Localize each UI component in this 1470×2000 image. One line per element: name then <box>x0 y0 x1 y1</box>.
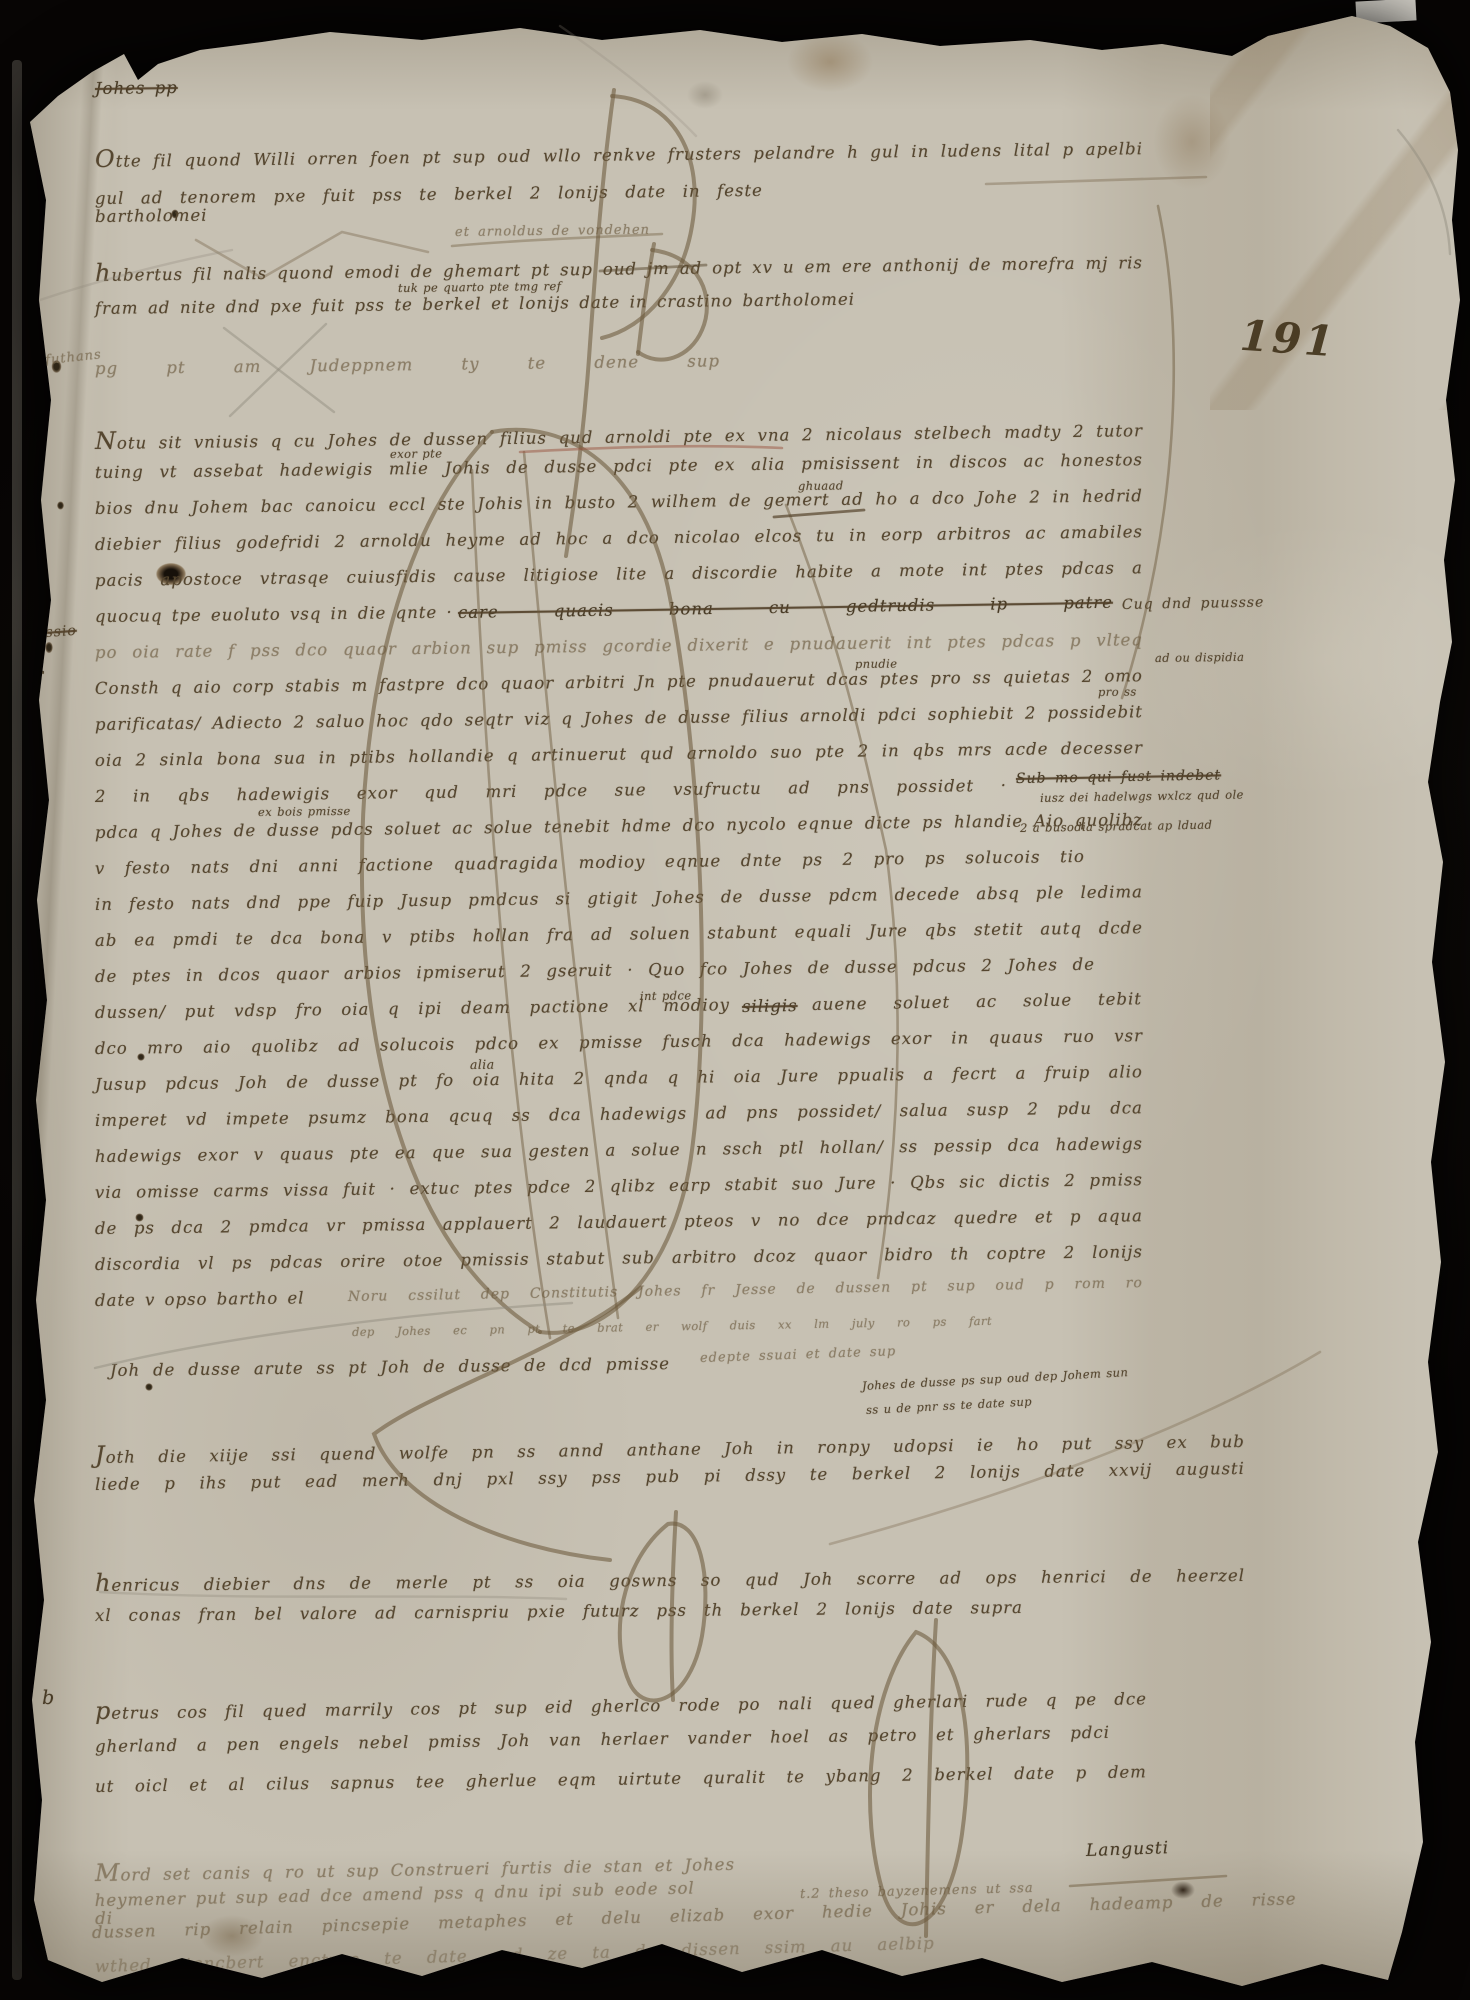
main-line-13: v festo nats dni anni factione quadragid… <box>95 848 1085 878</box>
entry-dusse-right: edepte ssuai et date sup <box>700 1345 897 1366</box>
main-line-5: pacis apostoce vtrasqe cuiusfidis cause … <box>95 559 1143 590</box>
main-line-17a: dussen/ put vdsp fro oia q ipi deam pact… <box>95 996 730 1022</box>
interlinear-6: iusz dei hadelwgs wxlcz qud ole <box>1040 788 1244 804</box>
main-line-6-struck: care quacis bona cu gedtrudis ip patre <box>458 594 1113 622</box>
main-line-19: Jusup pdcus Joh de dusse pt fo oia hita … <box>95 1063 1143 1094</box>
entry-otto-line-1: Otte fil quond Willi orren foen pt sup o… <box>95 133 1143 172</box>
entry-dusse-side-2: ss u de pnr ss te date sup <box>866 1395 1033 1416</box>
main-line-20: imperet vd impete psumz bona qcuq ss dca… <box>95 1099 1143 1130</box>
entry-petrus-line-3: ut oicl et al cilus sapnus tee gherlue e… <box>95 1763 1147 1796</box>
interlinear-2: ghuaad <box>798 479 844 492</box>
entry-mord-line-4: wthed stencbert encture te date sed ze t… <box>95 1935 935 1977</box>
entry-hubertus-line-2: fram ad nite dnd pxe fuit pss te berkel … <box>95 291 855 318</box>
main-line-16: de ptes in dcos quaor arbios ipmiserut 2… <box>95 956 1095 986</box>
main-line-4: diebier filius godefridi 2 arnoldu heyme… <box>95 523 1143 554</box>
main-line-11-struck: Sub mo qui fust indebet <box>1016 768 1221 787</box>
folio-number: 191 <box>1238 311 1338 367</box>
margin-struck-word: pmissio <box>15 624 77 644</box>
entry-petrus-line-1: petrus cos fil qued marrily cos pt sup e… <box>95 1683 1147 1724</box>
entry-henricus-line-1: henricus diebier dns de merle pt ss oia … <box>95 1560 1245 1596</box>
manuscript-page: Johes pp Otte fil quond Willi orren foen… <box>0 0 1470 2000</box>
margin-entry-text: pg pt am Judeppnem ty te dene sup <box>95 352 720 378</box>
main-line-15: ab ea pmdi te dca bona v ptibs hollan fr… <box>95 919 1143 950</box>
interlinear-5: ex bois pmisse <box>258 805 351 819</box>
main-subscript: dep Johes ec pn pt te brat er wolf duis … <box>352 1315 992 1339</box>
main-line-9: parificatas/ Adiecto 2 saluo hoc qdo seq… <box>95 703 1143 734</box>
interlinear-8: int pdce <box>640 989 692 1002</box>
entry-petrus-line-2: gherland a pen engels nebel pmiss Joh va… <box>95 1724 1110 1756</box>
interlinear-4: pnudie <box>855 657 898 670</box>
main-line-22: via omisse carms vissa fuit · extuc ptes… <box>95 1171 1143 1202</box>
entry-otto-line-2: gul ad tenorem pxe fuit pss te berkel 2 … <box>95 182 763 226</box>
main-line-2: tuing vt assebat hadewigis mlie Johis de… <box>95 451 1143 482</box>
entry-hubertus-interline: tuk pe quarto pte tmg ref <box>398 280 561 295</box>
main-line-24: discordia vl ps pdcas orire otoe pmissis… <box>95 1243 1143 1274</box>
entry-hubertus-line-1: hubertus fil nalis quond emodi de ghemar… <box>95 247 1143 286</box>
entry-dusse-line: Joh de dusse arute ss pt Joh de dusse de… <box>110 1355 670 1380</box>
main-line-23: de ps dca 2 pmdca vr pmissa applauert 2 … <box>95 1207 1143 1238</box>
main-line-6a: quocuq tpe euoluto vsq in die qnte · <box>95 604 453 627</box>
interlinear-10: pro ss <box>1098 686 1137 699</box>
interlinear-1: exor pte <box>390 447 443 460</box>
entry-dusse-side-1: Johes de dusse ps sup oud dep Johem sun <box>862 1366 1129 1393</box>
main-line-25b: Noru cssilut dep Constitutis Johes fr Je… <box>348 1276 1143 1305</box>
main-line-25a: date v opso bartho el <box>95 1289 305 1310</box>
main-line-6c: Cuq dnd puussse <box>1122 596 1265 614</box>
main-line-17-struck: siligis <box>742 997 798 1016</box>
paper-shadow-wrap: Johes pp Otte fil quond Willi orren foen… <box>0 0 1470 2000</box>
main-line-14: in festo nats dnd ppe fuip Jusup pmdcus … <box>95 883 1143 914</box>
sewing-hole <box>162 24 174 39</box>
main-line-21: hadewigs exor v quaus pte ea que sua ges… <box>95 1135 1143 1166</box>
margin-cross-mark: t <box>30 608 37 623</box>
main-line-10: oia 2 sinla bona sua in ptibs hollandie … <box>95 739 1143 770</box>
entry-henricus-line-2: xl conas fran bel valore ad carnispriu p… <box>95 1599 1023 1625</box>
main-line-12: pdca q Johes de dusse pdcs soluet ac sol… <box>95 811 1143 842</box>
margin-entry-mark: h futhans <box>27 348 102 370</box>
main-line-7: po oia rate f pss dco quaor arbion sup p… <box>95 631 1143 662</box>
photo-backdrop: Johes pp Otte fil quond Willi orren foen… <box>0 0 1470 2000</box>
main-line-3: bios dnu Johem bac canoicu eccl ste Johi… <box>95 487 1143 518</box>
interlinear-insertion: et arnoldus de vondehen <box>455 224 650 241</box>
interlinear-7: 2 a busodia spradcat ap lduad <box>1020 819 1213 835</box>
main-line-8: Consth q aio corp stabis m fastpre dco q… <box>95 667 1143 698</box>
interlinear-3: ad ou dispidia <box>1155 651 1244 665</box>
header-note: Johes pp <box>95 79 178 98</box>
margin-paragraph-mark: ʃ <box>34 668 42 694</box>
handwritten-text-layer: Johes pp Otte fil quond Willi orren foen… <box>0 0 1470 2000</box>
margin-b-mark: b <box>42 1688 55 1709</box>
interlinear-9: alia <box>470 1058 495 1072</box>
main-line-1: Notu sit vniusis q cu Johes de dussen fi… <box>95 415 1143 454</box>
main-line-11a: 2 in qbs hadewigis exor qud mri pdce sue… <box>95 777 1007 806</box>
main-line-18: dco mro aio quolibz ad solucois pdco ex … <box>95 1027 1143 1058</box>
main-line-17c: auene soluet ac solue tebit <box>812 990 1142 1014</box>
august-note: Langusti <box>1086 1839 1170 1861</box>
